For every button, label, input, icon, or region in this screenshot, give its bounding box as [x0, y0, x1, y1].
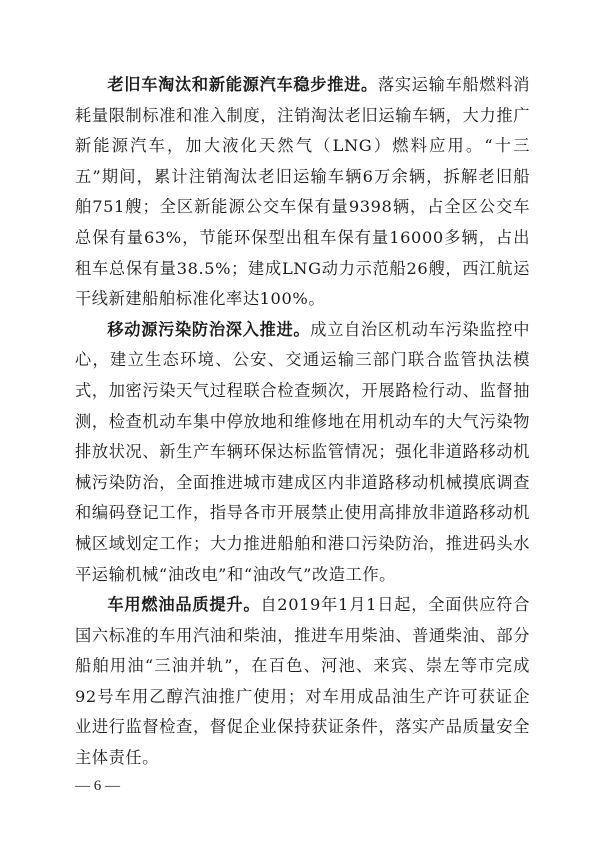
paragraph-body: 自2019年1月1日起，全面供应符合国六标准的车用汽油和柴油，推进车用柴油、普通… — [75, 595, 530, 767]
paragraph-body: 落实运输车船燃料消耗量限制标准和准入制度，注销淘汰老旧运输车辆，大力推广新能源汽… — [75, 75, 530, 308]
paragraph-heading: 老旧车淘汰和新能源汽车稳步推进。 — [107, 75, 378, 94]
paragraph-heading: 移动源污染防治深入推进。 — [107, 320, 310, 339]
paragraph-heading: 车用燃油品质提升。 — [107, 595, 260, 614]
document-page: 老旧车淘汰和新能源汽车稳步推进。落实运输车船燃料消耗量限制标准和准入制度，注销淘… — [75, 70, 530, 774]
paragraph-vehicle-retirement: 老旧车淘汰和新能源汽车稳步推进。落实运输车船燃料消耗量限制标准和准入制度，注销淘… — [75, 70, 530, 315]
paragraph-body: 成立自治区机动车污染监控中心，建立生态环境、公安、交通运输三部门联合监管执法模式… — [75, 320, 530, 584]
paragraph-mobile-source-pollution: 移动源污染防治深入推进。成立自治区机动车污染监控中心，建立生态环境、公安、交通运… — [75, 315, 530, 590]
paragraph-fuel-quality: 车用燃油品质提升。自2019年1月1日起，全面供应符合国六标准的车用汽油和柴油，… — [75, 590, 530, 774]
page-number: — 6 — — [75, 778, 120, 795]
